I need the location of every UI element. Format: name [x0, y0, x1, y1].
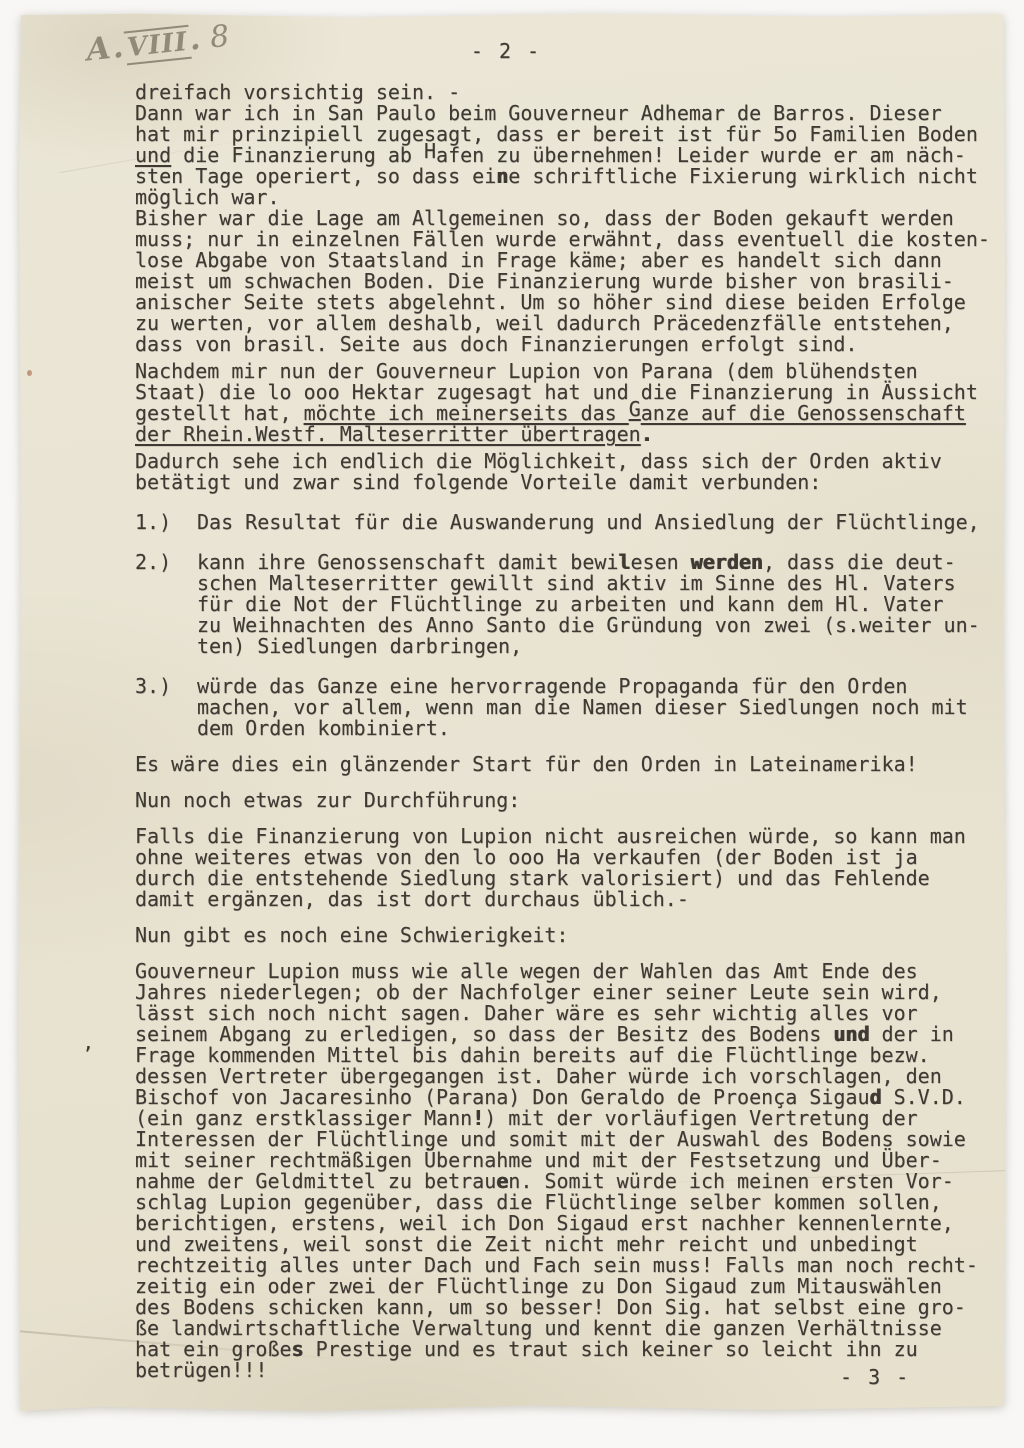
text-line: (ein ganz erstklassiger Mann!) mit der v… — [135, 1108, 1009, 1129]
annotation-roman-numeral: VIII — [123, 25, 191, 66]
annotation-dot: . — [187, 21, 203, 58]
text-line: Jahres niederlegen; ob der Nachfolger ei… — [135, 982, 1009, 1003]
list-item: 1.)Das Resultat für die Auswanderung und… — [135, 512, 1009, 533]
letter-body-text: dreifach vorsichtig sein. -Dann war ich … — [135, 82, 1009, 1381]
text-line: für die Not der Flüchtlinge zu arbeiten … — [197, 594, 1009, 615]
text-line: Das Resultat für die Auswanderung und An… — [197, 512, 1009, 533]
text-line: und die Finanzierung ab Hafen zu überneh… — [135, 145, 1009, 166]
text-line: zu werten, vor allem deshalb, weil dadur… — [135, 313, 1009, 334]
list-item: 3.)würde das Ganze eine hervorragende Pr… — [135, 676, 1009, 739]
text-line: hat ein großes Prestige und es traut sic… — [135, 1339, 1009, 1360]
text-line: gestellt hat, möchte ich meinerseits das… — [135, 403, 1009, 424]
next-page-number: - 3 - — [840, 1365, 910, 1389]
text-line: Dadurch sehe ich endlich die Möglichkeit… — [135, 451, 1009, 472]
annotation-prefix: A. — [85, 29, 127, 69]
annotation-number: 8 — [208, 18, 233, 55]
text-line: Gouverneur Lupion muss wie alle wegen de… — [135, 961, 1009, 982]
text-line: nahme der Geldmittel zu betrauen. Somit … — [135, 1171, 1009, 1192]
text-line: zu Weihnachten des Anno Santo die Gründu… — [197, 615, 1009, 636]
list-item-marker: 2.) — [135, 552, 171, 573]
text-line: sten Tage operiert, so dass eine schrift… — [135, 166, 1009, 187]
text-line: dreifach vorsichtig sein. - — [135, 82, 1009, 103]
list-item-marker: 3.) — [135, 676, 171, 697]
text-line: Falls die Finanzierung von Lupion nicht … — [135, 826, 1009, 847]
text-line: muss; nur in einzelnen Fällen wurde erwä… — [135, 229, 1009, 250]
paper-sheet-wrap: A.VIII.8 - 2 - dreifach vorsichtig sein.… — [18, 13, 1006, 1413]
paper-sheet: A.VIII.8 - 2 - dreifach vorsichtig sein.… — [18, 13, 1006, 1413]
text-line: lässt sich noch nicht sagen. Daher wäre … — [135, 1003, 1009, 1024]
list-item-marker: 1.) — [135, 512, 171, 533]
text-line: damit ergänzen, das ist dort durchaus üb… — [135, 889, 1009, 910]
text-line: ohne weiteres etwas von den lo ooo Ha ve… — [135, 847, 1009, 868]
paragraph: dreifach vorsichtig sein. -Dann war ich … — [135, 82, 1009, 208]
text-line: Nun gibt es noch eine Schwierigkeit: — [135, 925, 1009, 946]
text-line: der Rhein.Westf. Malteserritter übertrag… — [135, 424, 1009, 445]
list-item: 2.)kann ihre Genossenschaft damit bewile… — [135, 552, 1009, 657]
text-line: und zweitens, weil sonst die Zeit nicht … — [135, 1234, 1009, 1255]
text-line: durch die entstehende Siedlung stark val… — [135, 868, 1009, 889]
text-line: Interessen der Flüchtlinge und somit mit… — [135, 1129, 1009, 1150]
text-line: meist um schwachen Boden. Die Finanzieru… — [135, 271, 1009, 292]
text-line: kann ihre Genossenschaft damit bewilesen… — [197, 552, 1009, 573]
text-line: Bisher war die Lage am Allgemeinen so, d… — [135, 208, 1009, 229]
text-line: ten) Siedlungen darbringen, — [197, 636, 1009, 657]
paragraph: Nun gibt es noch eine Schwierigkeit: — [135, 925, 1009, 946]
paper-speck — [27, 370, 32, 376]
page-number: - 2 - — [446, 39, 566, 63]
text-line: Nachdem mir nun der Gouverneur Lupion vo… — [135, 361, 1009, 382]
text-line: mit seiner rechtmäßigen Übernahme und mi… — [135, 1150, 1009, 1171]
paragraph: Gouverneur Lupion muss wie alle wegen de… — [135, 961, 1009, 1381]
text-line: lose Abgabe von Staatsland in Frage käme… — [135, 250, 1009, 271]
text-line: seinem Abgang zu erledigen, so dass der … — [135, 1024, 1009, 1045]
stray-ink-mark: ’ — [82, 1043, 93, 1065]
text-line: schen Malteserritter gewillt sind aktiv … — [197, 573, 1009, 594]
paragraph: Nun noch etwas zur Durchführung: — [135, 790, 1009, 811]
paragraph: Dadurch sehe ich endlich die Möglichkeit… — [135, 451, 1009, 493]
text-line: rechtzeitig alles unter Dach und Fach se… — [135, 1255, 1009, 1276]
scanned-letter-page: A.VIII.8 - 2 - dreifach vorsichtig sein.… — [0, 0, 1024, 1448]
text-line: Dann war ich in San Paulo beim Gouverneu… — [135, 103, 1009, 124]
text-line: würde das Ganze eine hervorragende Propa… — [197, 676, 1009, 697]
text-line: hat mir prinzipiell zugesagt, dass er be… — [135, 124, 1009, 145]
paragraph: Falls die Finanzierung von Lupion nicht … — [135, 826, 1009, 910]
text-line: berichtigen, erstens, weil ich Don Sigau… — [135, 1213, 1009, 1234]
text-line: Es wäre dies ein glänzender Start für de… — [135, 754, 1009, 775]
text-line: anischer Seite stets abgelehnt. Um so hö… — [135, 292, 1009, 313]
text-line: dem Orden kombiniert. — [197, 718, 1009, 739]
text-line: dessen Vertreter übergegangen ist. Daher… — [135, 1066, 1009, 1087]
text-line: möglich war. — [135, 187, 1009, 208]
text-line: machen, vor allem, wenn man die Namen di… — [197, 697, 1009, 718]
text-line: dass von brasil. Seite aus doch Finanzie… — [135, 334, 1009, 355]
archive-annotation-handwritten: A.VIII.8 — [85, 17, 233, 68]
text-line: zeitig ein oder zwei der Flüchtlinge zu … — [135, 1276, 1009, 1297]
text-line: ße landwirtschaftliche Verwaltung und ke… — [135, 1318, 1009, 1339]
text-line: Frage kommenden Mittel bis dahin bereits… — [135, 1045, 1009, 1066]
text-line: Staat) die lo ooo Hektar zugesagt hat un… — [135, 382, 1009, 403]
paragraph: Nachdem mir nun der Gouverneur Lupion vo… — [135, 361, 1009, 445]
text-line: betätigt und zwar sind folgende Vorteile… — [135, 472, 1009, 493]
paragraph: Bisher war die Lage am Allgemeinen so, d… — [135, 208, 1009, 355]
paragraph: Es wäre dies ein glänzender Start für de… — [135, 754, 1009, 775]
text-line: Nun noch etwas zur Durchführung: — [135, 790, 1009, 811]
text-line: schlag Lupion gegenüber, dass die Flücht… — [135, 1192, 1009, 1213]
text-line: Bischof von Jacaresinho (Parana) Don Ger… — [135, 1087, 1009, 1108]
text-line: des Bodens schicken kann, um so besser! … — [135, 1297, 1009, 1318]
